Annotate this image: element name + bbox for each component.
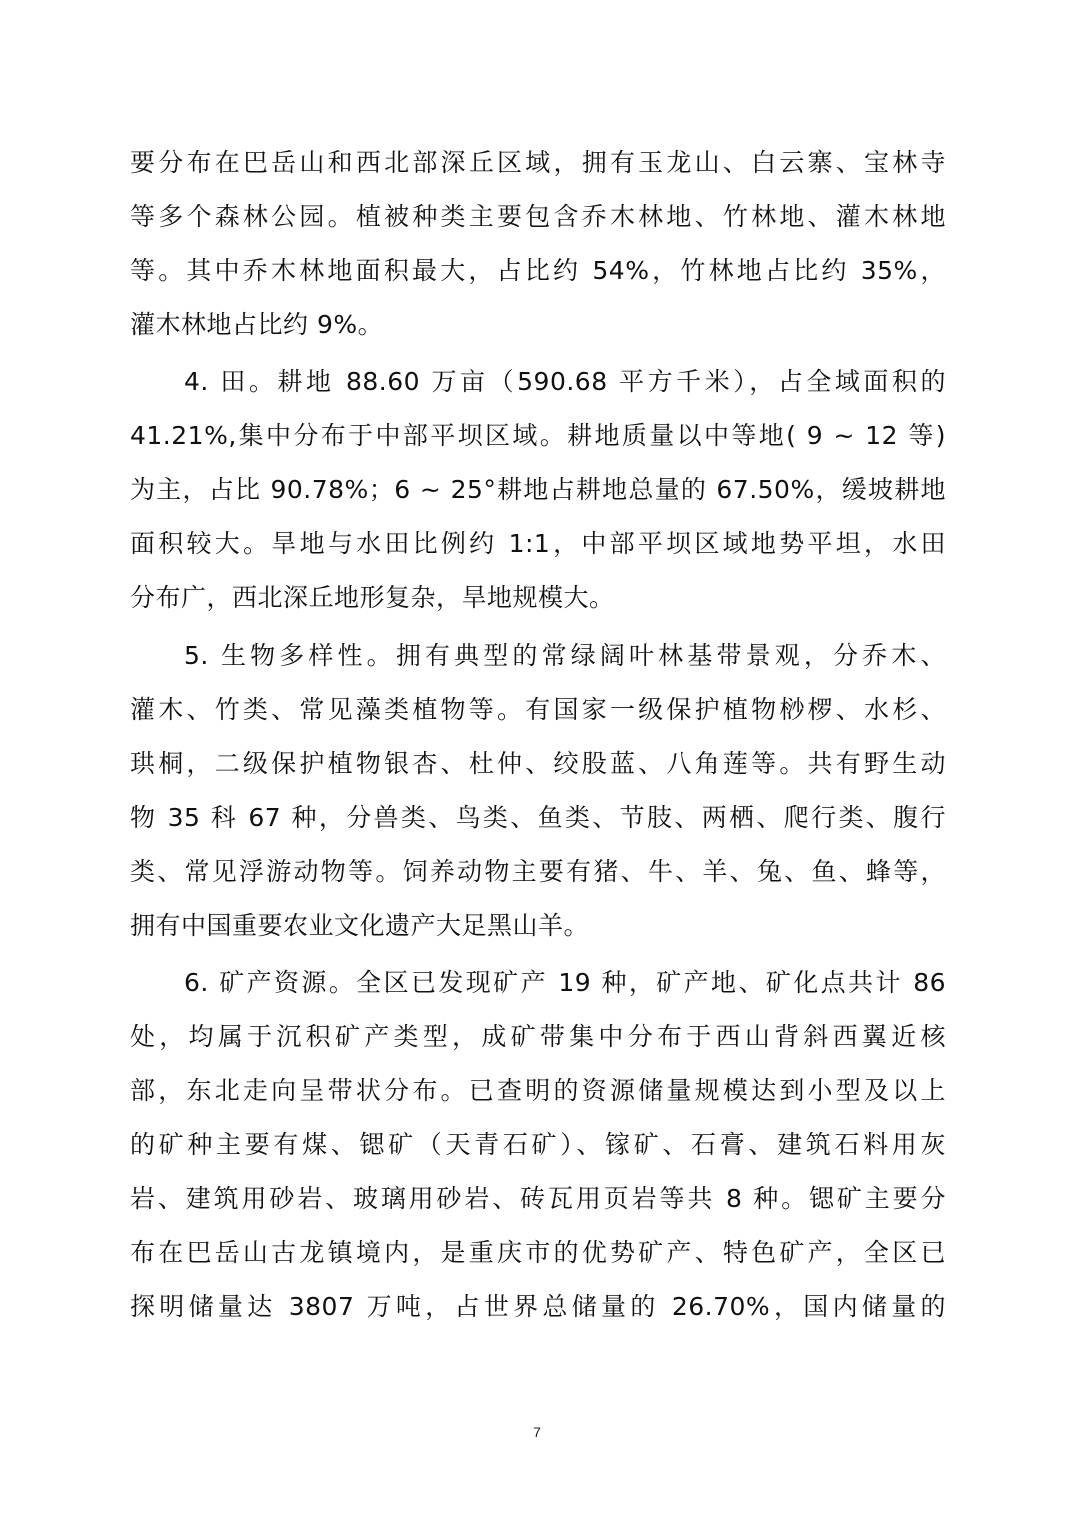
paragraph-5-line: 类、常见浮游动物等。饲养动物主要有猪、牛、羊、兔、鱼、蜂等，	[130, 852, 946, 892]
paragraph-4-line: 面积较大。旱地与水田比例约 1:1，中部平坝区域地势平坦，水田	[130, 524, 946, 564]
paragraph-4-line: 4. 田。耕地 88.60 万亩（590.68 平方千米），占全域面积的	[184, 362, 946, 402]
paragraph-5-line: 灌木、竹类、常见藻类植物等。有国家一级保护植物桫椤、水杉、	[130, 690, 946, 730]
paragraph-5-line: 珙桐，二级保护植物银杏、杜仲、绞股蓝、八角莲等。共有野生动	[130, 744, 946, 784]
page-number: 7	[0, 1424, 1074, 1440]
paragraph-5-line: 拥有中国重要农业文化遗产大足黑山羊。	[130, 906, 946, 946]
paragraph-6-line: 布在巴岳山古龙镇境内，是重庆市的优势矿产、特色矿产，全区已	[130, 1233, 946, 1273]
paragraph-3-line: 等。其中乔木林地面积最大，占比约 54%，竹林地占比约 35%，	[130, 251, 946, 291]
paragraph-5-line: 5. 生物多样性。拥有典型的常绿阔叶林基带景观，分乔木、	[184, 636, 946, 676]
paragraph-3-line: 等多个森林公园。植被种类主要包含乔木林地、竹林地、灌木林地	[130, 197, 946, 237]
paragraph-3-line: 要分布在巴岳山和西北部深丘区域，拥有玉龙山、白云寨、宝林寺	[130, 143, 946, 183]
paragraph-6-line: 探明储量达 3807 万吨，占世界总储量的 26.70%，国内储量的	[130, 1287, 946, 1327]
paragraph-4-line: 41.21%,集中分布于中部平坝区域。耕地质量以中等地( 9 ~ 12 等)	[130, 416, 946, 456]
paragraph-3-line: 灌木林地占比约 9%。	[130, 305, 946, 345]
paragraph-6-line: 岩、建筑用砂岩、玻璃用砂岩、砖瓦用页岩等共 8 种。锶矿主要分	[130, 1179, 946, 1219]
paragraph-6-line: 6. 矿产资源。全区已发现矿产 19 种，矿产地、矿化点共计 86	[184, 963, 946, 1003]
paragraph-4-line: 分布广，西北深丘地形复杂，旱地规模大。	[130, 578, 946, 618]
paragraph-4-line: 为主，占比 90.78%；6 ~ 25°耕地占耕地总量的 67.50%，缓坡耕地	[130, 470, 946, 510]
paragraph-6-line: 的矿种主要有煤、锶矿（天青石矿）、镓矿、石膏、建筑石料用灰	[130, 1125, 946, 1165]
document-page: 要分布在巴岳山和西北部深丘区域，拥有玉龙山、白云寨、宝林寺 等多个森林公园。植被…	[0, 0, 1074, 1520]
paragraph-6-line: 部，东北走向呈带状分布。已查明的资源储量规模达到小型及以上	[130, 1071, 946, 1111]
paragraph-5-line: 物 35 科 67 种，分兽类、鸟类、鱼类、节肢、两栖、爬行类、腹行	[130, 798, 946, 838]
paragraph-6-line: 处，均属于沉积矿产类型，成矿带集中分布于西山背斜西翼近核	[130, 1017, 946, 1057]
